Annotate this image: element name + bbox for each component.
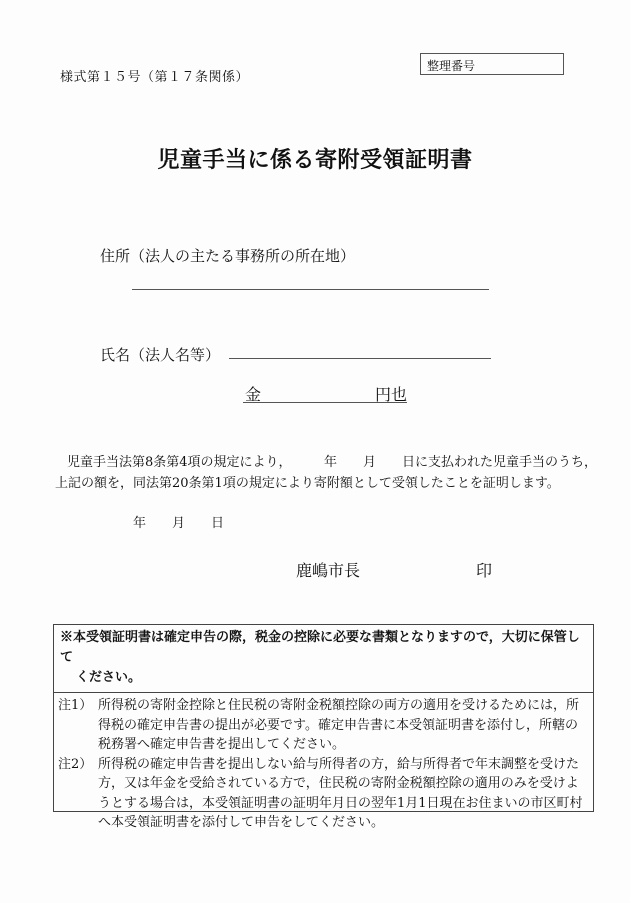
certification-line-2: 上記の額を，同法第20条第1項の規定により寄附額として受領したことを証明します。: [55, 473, 595, 494]
issue-date: 年 月 日: [133, 512, 224, 531]
name-input-line[interactable]: [229, 358, 491, 359]
address-input-line[interactable]: [132, 289, 489, 290]
amount-prefix: 金: [245, 382, 261, 405]
note-tag: 注1）: [54, 696, 98, 755]
note-text: 所得税の確定申告書を提出しない給与所得者の方，給与所得者で年末調整を受けた方，又…: [98, 755, 593, 833]
notice-heading-line-1: ※本受領証明書は確定申告の際，税金の控除に必要な書類となりますので，大切に保管し…: [60, 630, 580, 665]
notes-list: 注1） 所得税の寄附金控除と住民税の寄附金税額控除の両方の適用を受けるためには，…: [54, 693, 593, 833]
note-item: 注2） 所得税の確定申告書を提出しない給与所得者の方，給与所得者で年末調整を受け…: [54, 755, 593, 833]
notice-heading-line-2: ください。: [60, 668, 587, 688]
note-text: 所得税の寄附金控除と住民税の寄附金税額控除の両方の適用を受けるためには，所得税の…: [98, 696, 593, 755]
name-label: 氏名（法人名等）: [100, 344, 220, 365]
amount-suffix: 円也: [375, 382, 407, 405]
certification-text: 児童手当法第8条第4項の規定により， 年 月 日に支払われた児童手当のうち， 上…: [55, 452, 595, 494]
notice-heading: ※本受領証明書は確定申告の際，税金の控除に必要な書類となりますので，大切に保管し…: [54, 625, 593, 693]
certification-line-1: 児童手当法第8条第4項の規定により， 年 月 日に支払われた児童手当のうち，: [55, 452, 595, 473]
form-number: 様式第１５号（第１７条関係）: [60, 66, 249, 85]
page-title: 児童手当に係る寄附受領証明書: [0, 143, 630, 174]
note-tag: 注2）: [54, 755, 98, 833]
note-item: 注1） 所得税の寄附金控除と住民税の寄附金税額控除の両方の適用を受けるためには，…: [54, 696, 593, 755]
seiri-bango-field[interactable]: 整理番号: [420, 53, 564, 75]
notice-box: ※本受領証明書は確定申告の際，税金の控除に必要な書類となりますので，大切に保管し…: [53, 624, 594, 812]
address-label: 住所（法人の主たる事務所の所在地）: [100, 245, 355, 266]
issuer-name: 鹿嶋市長: [296, 558, 360, 581]
seal-mark: 印: [476, 558, 492, 581]
amount-field[interactable]: 金 円也: [243, 382, 407, 403]
